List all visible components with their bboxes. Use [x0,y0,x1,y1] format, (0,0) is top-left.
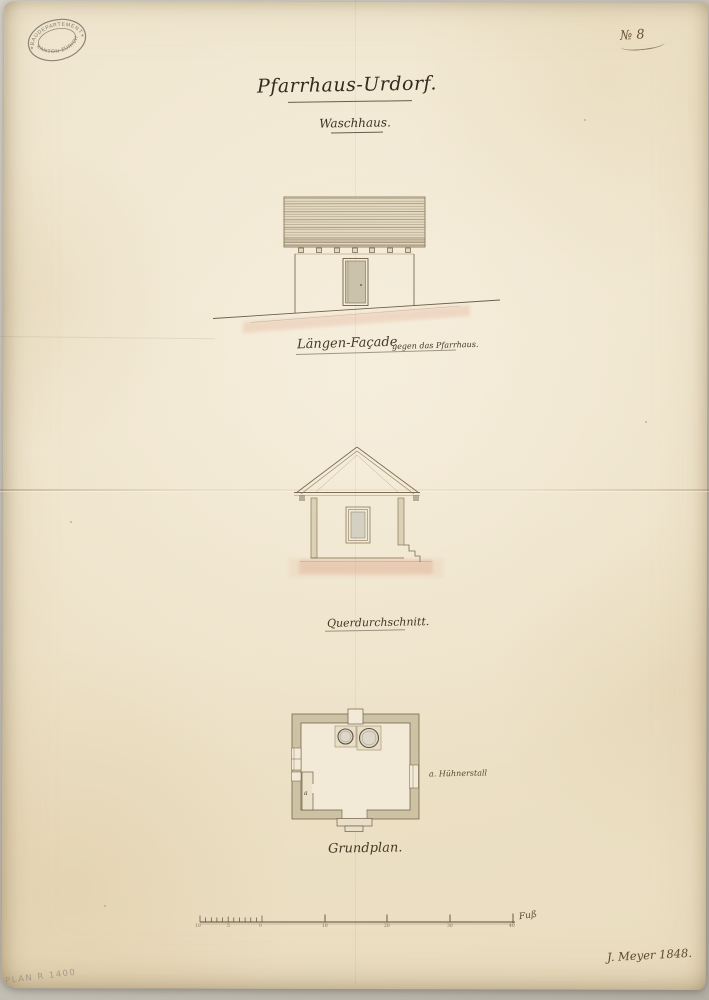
floorplan-drawing: a [292,709,420,832]
room-label-a: a [304,790,308,797]
scale-major-label: 30 [447,924,453,929]
scale-bar [200,914,515,925]
entrance-door [343,259,368,306]
section-caption: Querdurchschnitt. [327,615,430,630]
wash-kettles [335,726,381,750]
rafter-brackets [299,248,411,253]
stamp-text-bottom: KANTON ZÜRICH [34,34,83,60]
scale-major-label: 10 [322,924,328,929]
stamp-star-left: ★ [30,45,35,51]
eave-end-block [299,495,305,501]
roof-truss [294,447,420,501]
floorplan-caption: Grundplan. [328,840,403,856]
chimney-opening [348,709,363,724]
scale-minor-label: 10 [195,924,201,929]
elevation-caption: Längen-Façade [297,335,398,353]
scale-minor-label: 0 [259,924,262,929]
ground-wash-pink [299,560,433,574]
left-wall-windows [292,748,302,781]
floorplan-annotation: a. Hühnerstall [429,768,487,778]
sheet-title: Pfarrhaus-Urdorf. [257,72,437,97]
minor-ticks [200,916,262,923]
scale-major-label: 40 [509,924,515,929]
eave-end-block [413,495,419,501]
section-drawing [288,447,444,578]
plan-number: № 8 [620,27,646,44]
elevation-drawing [213,197,500,333]
svg-text:KANTON ZÜRICH: KANTON ZÜRICH [34,34,83,60]
right-wall-section [398,498,404,545]
scale-major-label: 20 [384,924,390,929]
sheet-subtitle: Waschhaus. [319,115,391,130]
right-wall-window [410,765,419,788]
plan-entrance-steps [337,810,372,832]
stamp-star-right: ★ [80,32,85,38]
plan-sheet: a № 8 Pfarrhaus-Urdorf. Waschhaus. Länge… [0,0,709,1000]
door-handle [360,284,362,286]
section-window [346,507,370,543]
scale-minor-label: 5 [227,924,230,929]
left-wall-section [311,498,317,558]
